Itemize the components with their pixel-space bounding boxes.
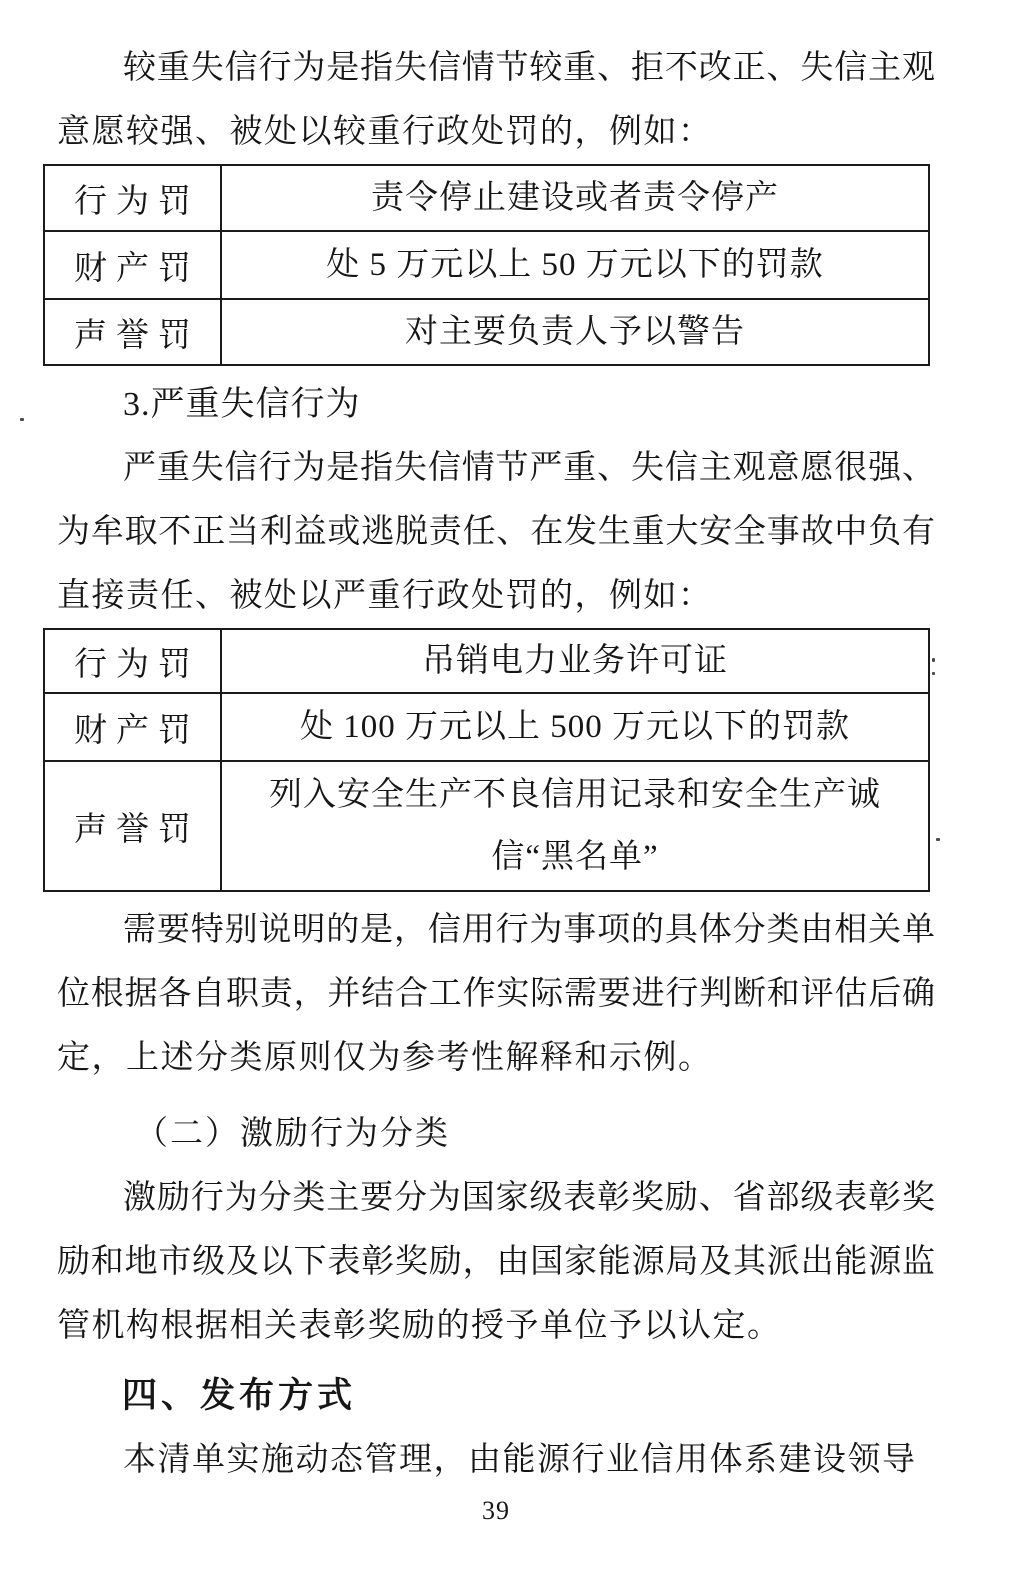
- text-line: 激励行为分类主要分为国家级表彰奖励、省部级表彰奖: [57, 1166, 935, 1230]
- paragraph-moderate-dishonesty: 较重失信行为是指失信情节较重、拒不改正、失信主观 意愿较强、被处以较重行政处罚的…: [57, 36, 935, 164]
- text-line: 严重失信行为是指失信情节严重、失信主观意愿很强、: [57, 436, 935, 500]
- text-line: 需要特别说明的是，信用行为事项的具体分类由相关单: [57, 898, 935, 962]
- page-number: 39: [57, 1496, 935, 1526]
- penalty-type-cell: 行为罚: [45, 630, 222, 692]
- table-row: 声誉罚 对主要负责人予以警告: [45, 298, 928, 364]
- penalty-type-cell: 行为罚: [45, 166, 222, 230]
- scan-artifact: [932, 672, 935, 675]
- text-line: 定，上述分类原则仅为参考性解释和示例。: [57, 1026, 935, 1090]
- penalty-value-cell: 处 100 万元以上 500 万元以下的罚款: [222, 694, 928, 760]
- penalty-type-label: 行为罚: [74, 638, 200, 685]
- penalty-type-label: 声誉罚: [74, 309, 200, 356]
- scan-artifact: [936, 838, 940, 841]
- table-row: 行为罚 吊销电力业务许可证: [45, 630, 928, 692]
- penalty-type-label: 声誉罚: [74, 803, 200, 850]
- heading-severe-dishonesty: 3.严重失信行为: [57, 374, 935, 436]
- paragraph-classification-note: 需要特别说明的是，信用行为事项的具体分类由相关单 位根据各自职责，并结合工作实际…: [57, 898, 935, 1090]
- table-row: 行为罚 责令停止建设或者责令停产: [45, 166, 928, 230]
- penalty-type-cell: 财产罚: [45, 232, 222, 298]
- penalty-value-cell: 处 5 万元以上 50 万元以下的罚款: [222, 232, 928, 298]
- text-line: 为牟取不正当利益或逃脱责任、在发生重大安全事故中负有: [57, 500, 935, 564]
- scan-artifact: [932, 658, 935, 662]
- table-row: 声誉罚 列入安全生产不良信用记录和安全生产诚信“黑名单”: [45, 760, 928, 890]
- penalty-table-severe: 行为罚 吊销电力业务许可证 财产罚 处 100 万元以上 500 万元以下的罚款…: [43, 628, 930, 892]
- table-row: 财产罚 处 100 万元以上 500 万元以下的罚款: [45, 692, 928, 760]
- paragraph-publish-method: 本清单实施动态管理，由能源行业信用体系建设领导小: [57, 1428, 935, 1492]
- penalty-type-cell: 财产罚: [45, 694, 222, 760]
- penalty-value-cell: 责令停止建设或者责令停产: [222, 166, 928, 230]
- text-line: 励和地市级及以下表彰奖励，由国家能源局及其派出能源监: [57, 1230, 935, 1294]
- text-line: 较重失信行为是指失信情节较重、拒不改正、失信主观: [57, 36, 935, 100]
- text-line: 意愿较强、被处以较重行政处罚的，例如：: [57, 100, 935, 164]
- penalty-value-cell: 对主要负责人予以警告: [222, 300, 928, 364]
- penalty-type-cell: 声誉罚: [45, 762, 222, 890]
- text-line: 位根据各自职责，并结合工作实际需要进行判断和评估后确: [57, 962, 935, 1026]
- scan-artifact: [20, 418, 24, 421]
- table-row: 财产罚 处 5 万元以上 50 万元以下的罚款: [45, 230, 928, 298]
- text-line: 管机构根据相关表彰奖励的授予单位予以认定。: [57, 1294, 935, 1358]
- heading-publish-method: 四、发布方式: [57, 1364, 935, 1428]
- paragraph-severe-dishonesty: 严重失信行为是指失信情节严重、失信主观意愿很强、 为牟取不正当利益或逃脱责任、在…: [57, 436, 935, 628]
- heading-incentive-classification: （二）激励行为分类: [57, 1102, 935, 1166]
- penalty-type-label: 行为罚: [74, 175, 200, 222]
- paragraph-incentive-classification: 激励行为分类主要分为国家级表彰奖励、省部级表彰奖 励和地市级及以下表彰奖励，由国…: [57, 1166, 935, 1358]
- penalty-table-moderate: 行为罚 责令停止建设或者责令停产 财产罚 处 5 万元以上 50 万元以下的罚款…: [43, 164, 930, 366]
- penalty-value-cell: 吊销电力业务许可证: [222, 630, 928, 692]
- text-line: 直接责任、被处以严重行政处罚的，例如：: [57, 564, 935, 628]
- penalty-type-cell: 声誉罚: [45, 300, 222, 364]
- document-page: 较重失信行为是指失信情节较重、拒不改正、失信主观 意愿较强、被处以较重行政处罚的…: [0, 0, 1011, 1572]
- penalty-value-cell: 列入安全生产不良信用记录和安全生产诚信“黑名单”: [222, 762, 928, 890]
- penalty-type-label: 财产罚: [74, 704, 200, 751]
- penalty-type-label: 财产罚: [74, 242, 200, 289]
- text-line: 本清单实施动态管理，由能源行业信用体系建设领导小: [57, 1428, 935, 1492]
